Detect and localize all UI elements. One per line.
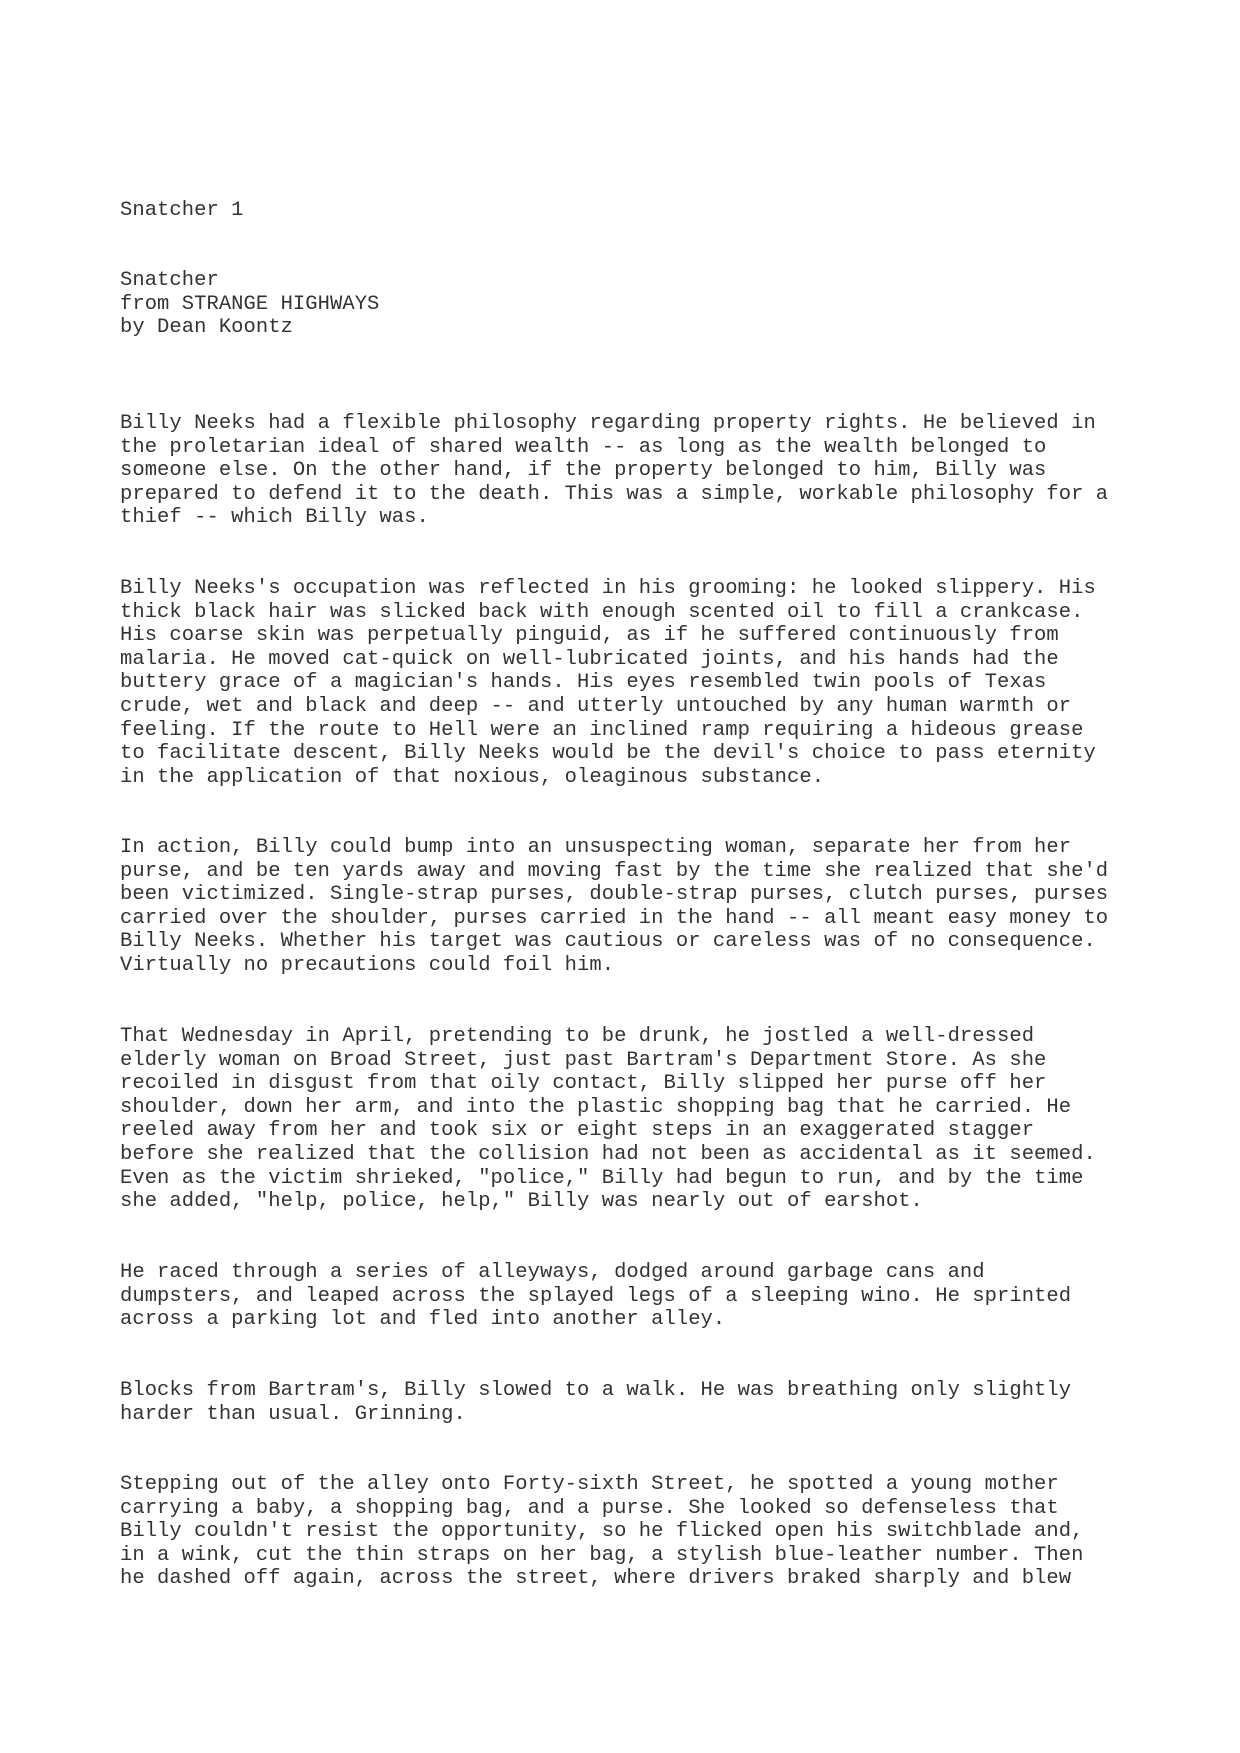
- paragraph-4: That Wednesday in April, pretending to b…: [120, 1025, 1220, 1214]
- document-page: Snatcher 1 Snatcher from STRANGE HIGHWAY…: [0, 0, 1240, 1753]
- page-header: Snatcher 1: [120, 199, 1220, 223]
- paragraph-3: In action, Billy could bump into an unsu…: [120, 836, 1220, 978]
- story-title-block: Snatcher from STRANGE HIGHWAYS by Dean K…: [120, 269, 1220, 340]
- paragraph-7: Stepping out of the alley onto Forty-six…: [120, 1473, 1220, 1591]
- paragraph-1: Billy Neeks had a flexible philosophy re…: [120, 412, 1220, 530]
- paragraph-5: He raced through a series of alleyways, …: [120, 1261, 1220, 1332]
- paragraph-2: Billy Neeks's occupation was reflected i…: [120, 577, 1220, 789]
- paragraph-6: Blocks from Bartram's, Billy slowed to a…: [120, 1379, 1220, 1426]
